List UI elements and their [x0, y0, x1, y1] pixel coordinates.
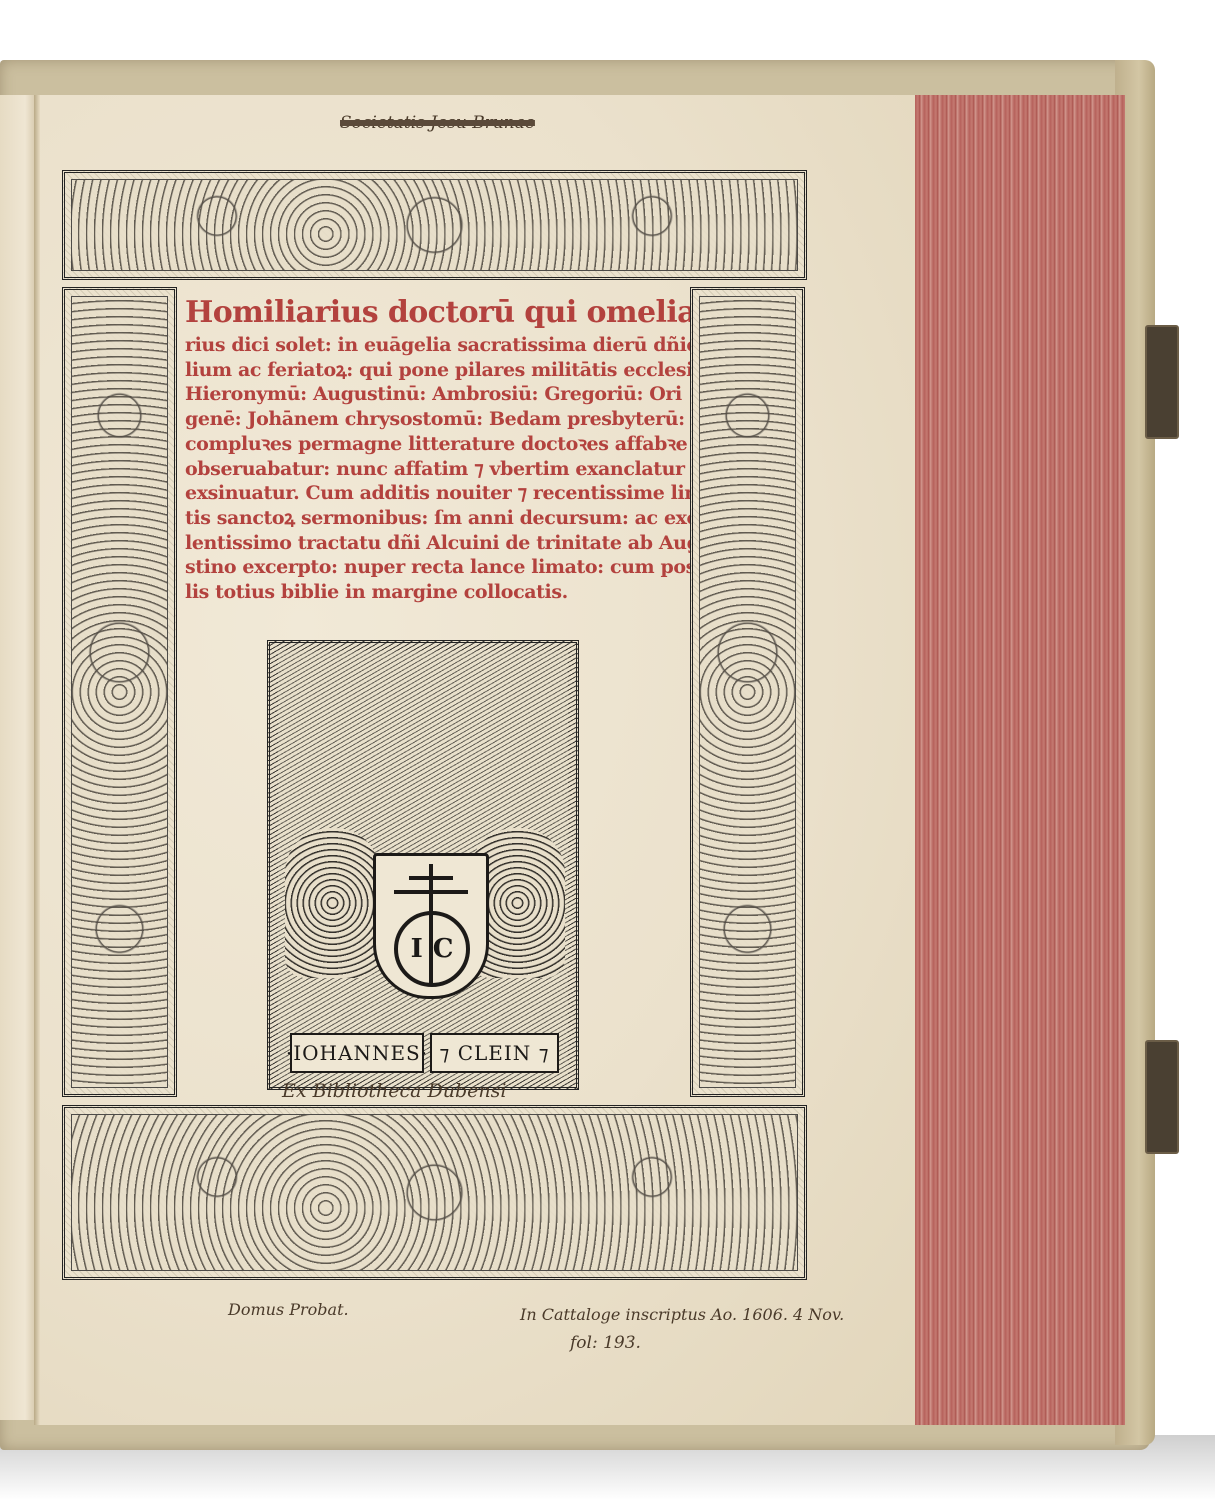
- putti-ornament-icon: [71, 179, 798, 271]
- title-line: stino excerpto: nuper recta lance limato…: [185, 555, 690, 580]
- catalogue-inscription: In Cattaloge inscriptus Ao. 1606. 4 Nov.: [520, 1305, 844, 1324]
- cross-bar: [409, 876, 453, 880]
- title-line: exsinuatur. Cum additis nouiter ⁊ recent…: [185, 481, 690, 506]
- clasp-upper: [1145, 325, 1179, 439]
- scroll-banner-left: ·IOHANNES·: [290, 1033, 424, 1073]
- monogram-letter: C: [433, 934, 454, 964]
- title-line: tis sanctoꝝ sermonibus: ſm anni decursum…: [185, 506, 690, 531]
- monogram: I C: [394, 911, 470, 987]
- cross-bar: [394, 890, 468, 894]
- woodcut-border-bottom: [62, 1105, 807, 1280]
- title-line: genē: Johānem chrysostomū: Bedam presbyt…: [185, 407, 690, 432]
- title-line: compluꝛes permagne litterature doctoꝛes …: [185, 432, 690, 457]
- title-line: obseruabatur: nunc affatim ⁊ vbertim exa…: [185, 457, 690, 482]
- title-line: lium ac feriatoꝝ: qui pone pilares milit…: [185, 358, 690, 383]
- title-line: Hieronymū: Augustinū: Ambrosiū: Gregoriū…: [185, 382, 690, 407]
- red-page-edges: [912, 95, 1125, 1425]
- green-man-ornament-icon: [71, 1114, 798, 1271]
- title-line: Homiliarius doctorū qui omelia: [185, 293, 690, 333]
- grotesque-column-icon: [699, 296, 796, 1088]
- woodcut-border-top: [62, 170, 807, 280]
- left-page-sliver: [0, 95, 36, 1420]
- scroll-banner-right: ⁊ CLEIN ⁊: [430, 1033, 559, 1073]
- title-text: Homiliarius doctorū qui omelia rius dici…: [185, 293, 690, 605]
- clasp-lower: [1145, 1040, 1179, 1154]
- title-line: lis totius biblie in margine collocatis.: [185, 580, 690, 605]
- printers-device-woodcut: I C ·IOHANNES· ⁊ CLEIN ⁊: [267, 640, 579, 1090]
- title-line: lentissimo tractatu dñi Alcuini de trini…: [185, 531, 690, 556]
- grotesque-column-icon: [71, 296, 168, 1088]
- title-line: rius dici solet: in euāgelia sacratissim…: [185, 333, 690, 358]
- inscription-text: Societatis Jesu Brunae: [340, 113, 535, 133]
- domus-inscription: Domus Probat.: [228, 1300, 349, 1319]
- lion-left-icon: [285, 828, 380, 978]
- woodcut-border-left: [62, 287, 177, 1097]
- woodcut-border-right: [690, 287, 805, 1097]
- scroll-text: ·IOHANNES·: [286, 1041, 428, 1065]
- folio-inscription: fol: 193.: [570, 1333, 641, 1353]
- library-inscription: Ex Bibliotheca Dubensi: [282, 1080, 506, 1102]
- shield-icon: I C: [373, 853, 489, 999]
- monogram-letter: I: [411, 934, 423, 964]
- scroll-text: ⁊ CLEIN ⁊: [439, 1041, 549, 1065]
- ownership-inscription-struck: Societatis Jesu Brunae: [340, 113, 535, 133]
